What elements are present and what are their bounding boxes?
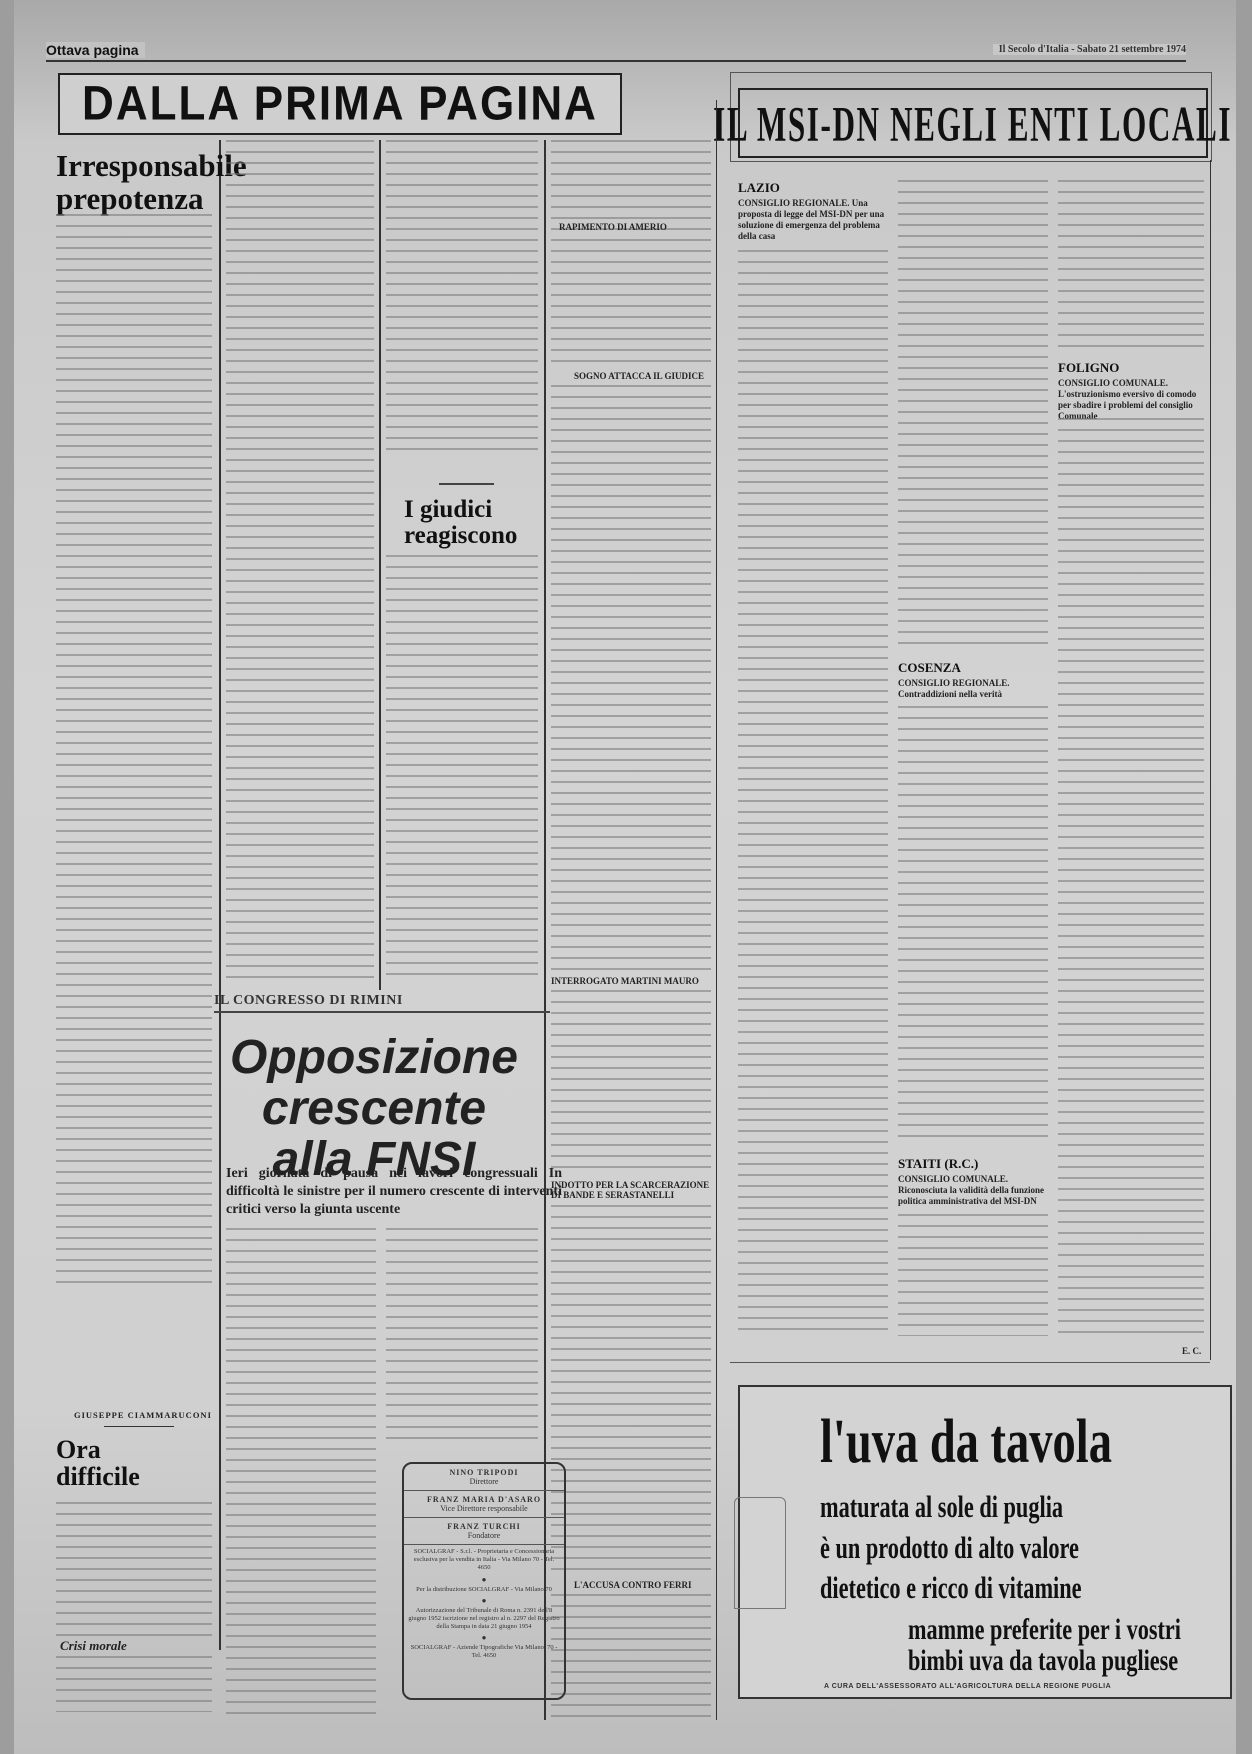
column-subhead: SOGNO ATTACCA IL GIUDICE xyxy=(574,371,704,381)
ad-line: maturata al sole di puglia xyxy=(820,1489,1063,1525)
article-body xyxy=(1058,180,1204,350)
staff-row: FRANZ TURCHIFondatore xyxy=(404,1518,564,1545)
divider xyxy=(439,483,494,485)
article-body-giudici xyxy=(386,555,538,983)
title-line: difficile xyxy=(56,1463,140,1490)
byline: GIUSEPPE CIAMMARUCONI xyxy=(74,1410,212,1420)
title-line: prepotenza xyxy=(56,183,247,216)
column-subhead: INDOTTO PER LA SCARCERAZIONE DI BANDE E … xyxy=(551,1180,711,1200)
staff-note: SOCIALGRAF - Aziende Tipografiche Via Mi… xyxy=(404,1642,564,1662)
staff-note: SOCIALGRAF - S.r.l. - Proprietaria e Con… xyxy=(404,1545,564,1575)
region-subhead: CONSIGLIO REGIONALE. Una proposta di leg… xyxy=(738,198,888,242)
article-body-staiti xyxy=(898,1214,1048,1336)
staff-box: NINO TRIPODIDirettore FRANZ MARIA D'ASAR… xyxy=(402,1462,566,1700)
title-line: Opposizione xyxy=(214,1032,534,1083)
column-subhead: L'ACCUSA CONTRO FERRI xyxy=(574,1580,692,1590)
article-title-giudici: I giudici reagiscono xyxy=(404,497,517,550)
title-line: crescente xyxy=(214,1083,534,1134)
staff-note: Per la distribuzione SOCIALGRAF - Via Mi… xyxy=(404,1584,564,1596)
article-body-lazio xyxy=(898,180,1048,650)
region-heading-staiti: STAITI (R.C.) xyxy=(898,1156,978,1172)
column-rule xyxy=(716,100,717,1720)
banner-enti-locali: IL MSI-DN NEGLI ENTI LOCALI xyxy=(738,88,1208,158)
section-name: Ottava pagina xyxy=(46,42,145,58)
staff-row: FRANZ MARIA D'ASAROVice Direttore respon… xyxy=(404,1491,564,1518)
article-body-irresponsabile xyxy=(56,214,212,1289)
kicker-congresso-rimini: IL CONGRESSO DI RIMINI xyxy=(214,993,550,1013)
banner-dalla-prima-pagina: DALLA PRIMA PAGINA xyxy=(58,73,622,135)
article-body-continued xyxy=(226,140,374,980)
subhead-crisi-morale: Crisi morale xyxy=(60,1638,127,1654)
staff-name: FRANZ TURCHI xyxy=(406,1522,562,1531)
region-subhead: CONSIGLIO COMUNALE. L'ostruzionismo ever… xyxy=(1058,378,1204,422)
column-subhead: RAPIMENTO DI AMERIO xyxy=(559,222,667,232)
article-body-lazio xyxy=(738,250,888,1335)
column-rule xyxy=(219,140,221,1650)
article-body xyxy=(551,990,711,1175)
ad-headline: l'uva da tavola xyxy=(820,1407,1112,1478)
divider xyxy=(730,1362,1210,1363)
region-heading-foligno: FOLIGNO xyxy=(1058,360,1119,376)
column-rule xyxy=(1210,160,1211,1360)
divider xyxy=(104,1426,174,1427)
article-body xyxy=(551,1594,711,1718)
staff-name: FRANZ MARIA D'ASARO xyxy=(406,1495,562,1504)
article-body-cosenza xyxy=(898,706,1048,1146)
article-body xyxy=(551,140,711,370)
ad-footer: A CURA DELL'ASSESSORATO ALL'AGRICOLTURA … xyxy=(824,1683,1111,1690)
region-heading-cosenza: COSENZA xyxy=(898,660,961,676)
region-heading-lazio: LAZIO xyxy=(738,180,780,196)
article-body xyxy=(56,1656,212,1712)
column-subhead: INTERROGATO MARTINI MAURO xyxy=(551,976,699,986)
bullet-icon: ● xyxy=(404,1575,564,1584)
banner-left-text: DALLA PRIMA PAGINA xyxy=(82,77,598,132)
article-body-fnsi xyxy=(226,1228,376,1718)
article-body-fnsi xyxy=(386,1228,538,1448)
staff-row: NINO TRIPODIDirettore xyxy=(404,1464,564,1491)
bullet-icon: ● xyxy=(404,1596,564,1605)
ad-line: dietetico e ricco di vitamine xyxy=(820,1570,1082,1606)
masthead: Ottava pagina Il Secolo d'Italia - Sabat… xyxy=(46,44,1186,62)
article-body xyxy=(551,1205,711,1575)
ad-tagline: bimbi uva da tavola pugliese xyxy=(908,1644,1178,1678)
title-line: Irresponsabile xyxy=(56,150,247,183)
article-title-ora-difficile: Ora difficile xyxy=(56,1436,140,1491)
article-title-fnsi: Opposizione crescente alla FNSI xyxy=(214,1032,534,1185)
advertisement-uva-da-tavola: l'uva da tavola maturata al sole di pugl… xyxy=(738,1385,1232,1699)
title-line: I giudici xyxy=(404,497,517,523)
newspaper-page: Ottava pagina Il Secolo d'Italia - Sabat… xyxy=(14,0,1236,1754)
article-body-ora-difficile xyxy=(56,1502,212,1638)
title-line: Ora xyxy=(56,1436,140,1463)
staff-role: Vice Direttore responsabile xyxy=(406,1504,562,1513)
title-line: reagiscono xyxy=(404,523,517,549)
column-rule xyxy=(379,140,381,990)
bullet-icon: ● xyxy=(404,1633,564,1642)
article-body-continued xyxy=(386,140,538,452)
article-body xyxy=(551,385,711,975)
staff-name: NINO TRIPODI xyxy=(406,1468,562,1477)
staff-note: Autorizzazione del Tribunale di Roma n. … xyxy=(404,1605,564,1633)
dateline: Il Secolo d'Italia - Sabato 21 settembre… xyxy=(993,44,1186,55)
banner-right-text: IL MSI-DN NEGLI ENTI LOCALI xyxy=(714,94,1233,153)
staff-role: Fondatore xyxy=(406,1531,562,1540)
ad-line: è un prodotto di alto valore xyxy=(820,1530,1079,1566)
region-subhead: CONSIGLIO COMUNALE. Riconosciuta la vali… xyxy=(898,1174,1048,1207)
grape-logo-icon xyxy=(734,1497,786,1609)
article-subtitle-fnsi: Ieri giornata di pausa nei lavori congre… xyxy=(226,1165,562,1219)
article-title-irresponsabile: Irresponsabile prepotenza xyxy=(56,150,247,215)
staff-role: Direttore xyxy=(406,1477,562,1486)
ad-tagline: mamme preferite per i vostri xyxy=(908,1613,1181,1647)
signature: E. C. xyxy=(1182,1346,1201,1356)
article-body-foligno xyxy=(1058,418,1204,1336)
region-subhead: CONSIGLIO REGIONALE. Contraddizioni nell… xyxy=(898,678,1048,700)
